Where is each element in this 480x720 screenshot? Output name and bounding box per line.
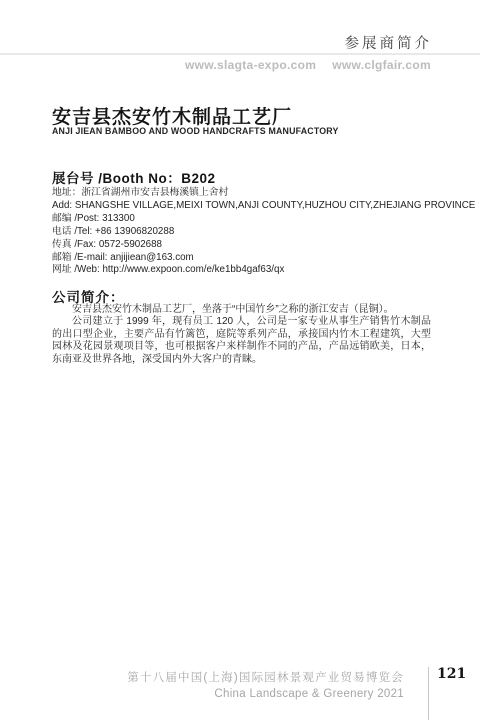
intro-heading: 公司简介： (52, 286, 125, 306)
company-name-en: ANJI JIEAN BAMBOO AND WOOD HANDCRAFTS MA… (52, 126, 339, 136)
contact-address-cn: 地址：浙江省湖州市安吉县梅溪镇上舍村 (52, 187, 475, 200)
booth-number: 展台号 /Booth No：B202 (52, 167, 216, 187)
footer-expo-title-cn: 第十八届中国(上海)国际园林景观产业贸易博览会 (127, 669, 404, 685)
intro-paragraph-1: 安吉县杰安竹木制品工艺厂，坐落于“中国竹乡”之称的浙江安吉（昆铜）。 (52, 304, 431, 316)
header-divider (0, 53, 480, 55)
contact-info: 地址：浙江省湖州市安吉县梅溪镇上舍村 Add: SHANGSHE VILLAGE… (52, 187, 475, 277)
website-slagta: www.slagta-expo.com (185, 58, 316, 72)
footer-divider (428, 667, 429, 720)
contact-web: 网址 /Web: http://www.expoon.com/e/ke1bb4g… (52, 264, 475, 277)
footer-expo-title-en: China Landscape & Greenery 2021 (127, 688, 404, 700)
header-websites: www.slagta-expo.comwww.clgfair.com (185, 58, 431, 72)
contact-fax: 传真 /Fax: 0572-5902688 (52, 239, 475, 252)
contact-address-en: Add: SHANGSHE VILLAGE,MEIXI TOWN,ANJI CO… (52, 200, 475, 213)
intro-paragraph-2: 公司建立于 1999 年，现有员工 120 人，公司是一家专业从事生产销售竹木制… (52, 316, 431, 366)
section-title: 参展商简介 (345, 32, 433, 53)
contact-tel: 电话 /Tel: +86 13906820288 (52, 226, 475, 239)
contact-post: 邮编 /Post: 313300 (52, 213, 475, 226)
page-number: 121 (437, 666, 466, 682)
intro-body: 安吉县杰安竹木制品工艺厂，坐落于“中国竹乡”之称的浙江安吉（昆铜）。 公司建立于… (52, 304, 431, 366)
contact-email: 邮箱 /E-mail: anjijiean@163.com (52, 252, 475, 265)
website-clgfair: www.clgfair.com (332, 58, 431, 72)
company-name-cn: 安吉县杰安竹木制品工艺厂 (52, 102, 292, 129)
footer-expo-titles: 第十八届中国(上海)国际园林景观产业贸易博览会 China Landscape … (127, 669, 404, 700)
